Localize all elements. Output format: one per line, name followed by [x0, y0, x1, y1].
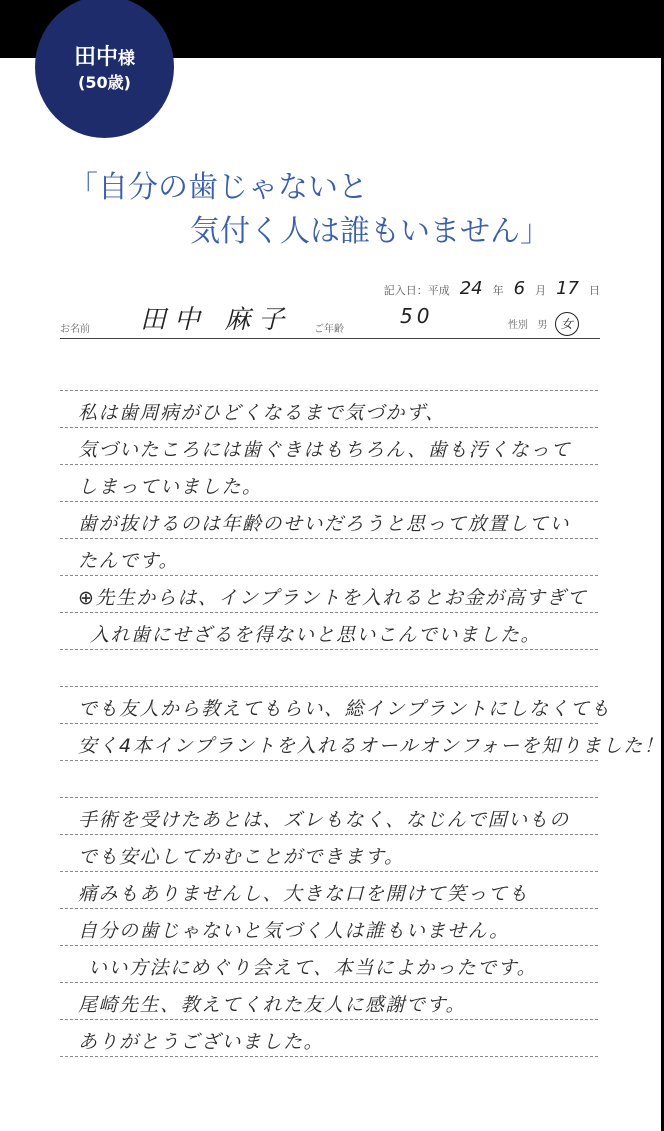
body-line: 自分の歯じゃないと気づく人は誰もいません。 — [78, 916, 510, 943]
body-line: たんです。 — [78, 546, 179, 573]
date-label: 記入日：平成 — [384, 282, 450, 298]
rule — [60, 538, 598, 539]
rule — [60, 427, 598, 428]
rule — [60, 982, 598, 983]
handwritten-form: 記入日：平成 24 年 6 月 17 日 お名前 田中 麻子 ご年齢 50 性別… — [60, 270, 600, 1070]
rule — [60, 686, 598, 687]
body-line: いい方法にめぐり会えて、本当によかったです。 — [88, 953, 537, 980]
rule — [60, 834, 598, 835]
entry-date: 記入日：平成 24 年 6 月 17 日 — [384, 278, 600, 299]
date-day-label: 日 — [589, 282, 600, 298]
age-value: 50 — [400, 304, 433, 328]
date-day: 17 — [556, 278, 579, 299]
name-row: お名前 田中 麻子 ご年齢 50 性別 男 女 — [60, 300, 600, 339]
name-value: 田中 麻子 — [140, 299, 292, 336]
name-label: お名前 — [60, 320, 90, 335]
badge-honorific: 様 — [118, 49, 135, 69]
rule — [60, 390, 598, 391]
testimonial-headline: 「自分の歯じゃないと 気付く人は誰もいません」 — [68, 166, 608, 254]
body-line: 手術を受けたあとは、ズレもなく、なじんで固いもの — [78, 805, 570, 832]
body-line: 気づいたころには歯ぐきはもちろん、歯も汚くなって — [78, 435, 571, 462]
gender-female-circled: 女 — [555, 312, 579, 336]
date-year-label: 年 — [493, 282, 504, 298]
body-line: 私は歯周病がひどくなるまで気づかず、 — [78, 398, 445, 425]
rule — [60, 1019, 598, 1020]
rule — [60, 501, 598, 502]
rule — [60, 649, 598, 650]
customer-badge: 田中様 (50歳) — [35, 0, 174, 138]
rule — [60, 797, 598, 798]
rule — [60, 723, 598, 724]
rule — [60, 871, 598, 872]
rule — [60, 1056, 598, 1057]
body-line: 痛みもありませんし、大きな口を開けて笑っても — [78, 879, 529, 906]
gender-male: 男 — [538, 320, 548, 331]
rule — [60, 612, 598, 613]
badge-age: (50歳) — [78, 72, 131, 94]
rule — [60, 945, 598, 946]
rule — [60, 464, 598, 465]
body-line: でも安心してかむことができます。 — [78, 842, 404, 869]
age-label: ご年齢 — [314, 320, 344, 335]
badge-surname: 田中 — [74, 45, 118, 70]
body-line: 歯が抜けるのは年齢のせいだろうと思って放置してい — [78, 509, 570, 536]
date-month: 6 — [514, 278, 525, 299]
body-line: ⊕先生からは、インプラントを入れるとお金が高すぎて — [78, 583, 587, 610]
badge-name: 田中様 — [74, 45, 135, 72]
rule — [60, 575, 598, 576]
body-line: でも友人から教えてもらい、総インプラントにしなくても — [78, 694, 611, 721]
rule — [60, 760, 598, 761]
headline-line-1: 「自分の歯じゃないと — [68, 166, 608, 210]
headline-line-2: 気付く人は誰もいません」 — [68, 210, 608, 254]
gender-label: 性別 — [508, 320, 528, 331]
rule — [60, 908, 598, 909]
body-line: 尾崎先生、教えてくれた友人に感謝です。 — [78, 990, 466, 1017]
body-line: しまっていました。 — [78, 472, 263, 499]
date-month-label: 月 — [535, 282, 546, 298]
gender-field: 性別 男 女 — [508, 312, 579, 336]
body-line: 入れ歯にせざるを得ないと思いこんでいました。 — [90, 620, 541, 647]
body-line: ありがとうございました。 — [78, 1027, 324, 1054]
date-year: 24 — [460, 278, 483, 299]
body-line: 安く4本インプラントを入れるオールオンフォーを知りました！ — [78, 731, 664, 758]
